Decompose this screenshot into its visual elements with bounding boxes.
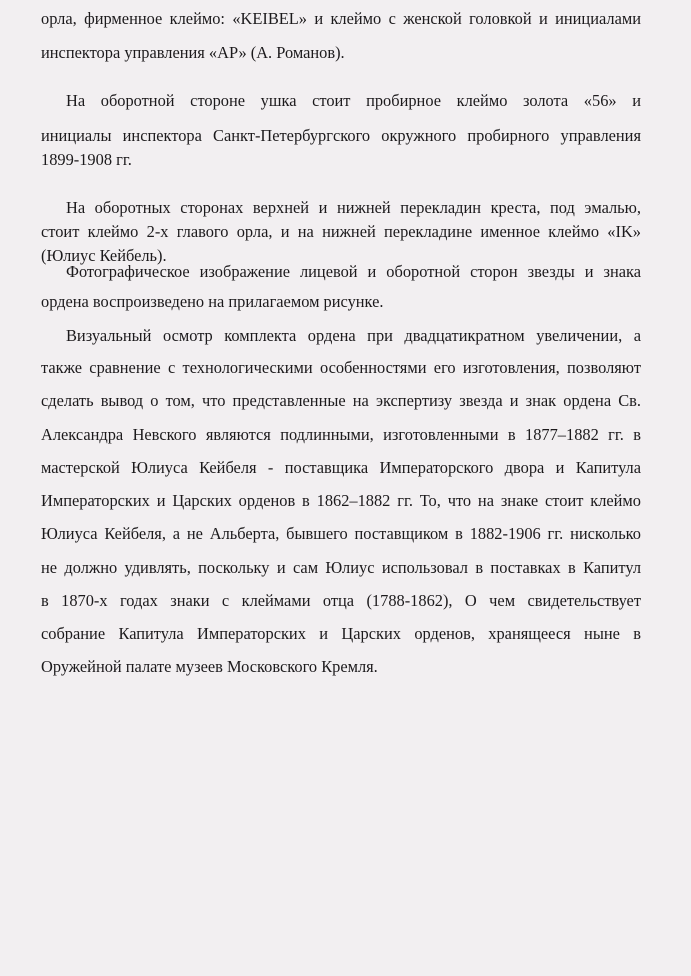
paragraph-line: мастерской Юлиуса Кейбеля - поставщика И… [41,458,641,478]
paragraph-line: 1899-1908 гг. [41,150,641,170]
paragraph-line: не должно удивлять, поскольку и сам Юлиу… [41,558,641,578]
paragraph-line: в 1870-х годах знаки с клеймами отца (17… [41,591,641,611]
paragraph-line: инициалы инспектора Санкт-Петербургского… [41,126,641,146]
paragraph-line: орла, фирменное клеймо: «KEIBEL» и клейм… [41,9,641,29]
paragraph-line: сделать вывод о том, что представленные … [41,391,641,411]
paragraph-line: Оружейной палате музеев Московского Крем… [41,657,641,677]
document-page: орла, фирменное клеймо: «KEIBEL» и клейм… [0,0,691,976]
paragraph-line: Фотографическое изображение лицевой и об… [66,262,641,282]
paragraph-line: На оборотной стороне ушка стоит пробирно… [66,91,641,111]
paragraph-line: Визуальный осмотр комплекта ордена при д… [66,326,641,346]
paragraph-line: стоит клеймо 2-х главого орла, и на нижн… [41,222,641,242]
paragraph-line: Александра Невского являются подлинными,… [41,425,641,445]
paragraph-line: ордена воспроизведено на прилагаемом рис… [41,292,641,312]
paragraph-line: собрание Капитула Императорских и Царски… [41,624,641,644]
paragraph-line: Императорских и Царских орденов в 1862–1… [41,491,641,511]
paragraph-line: На оборотных сторонах верхней и нижней п… [66,198,641,218]
paragraph-line: также сравнение с технологическими особе… [41,358,641,378]
paragraph-line: Юлиуса Кейбеля, а не Альберта, бывшего п… [41,524,641,544]
paragraph-line: инспектора управления «АР» (А. Романов). [41,43,641,63]
